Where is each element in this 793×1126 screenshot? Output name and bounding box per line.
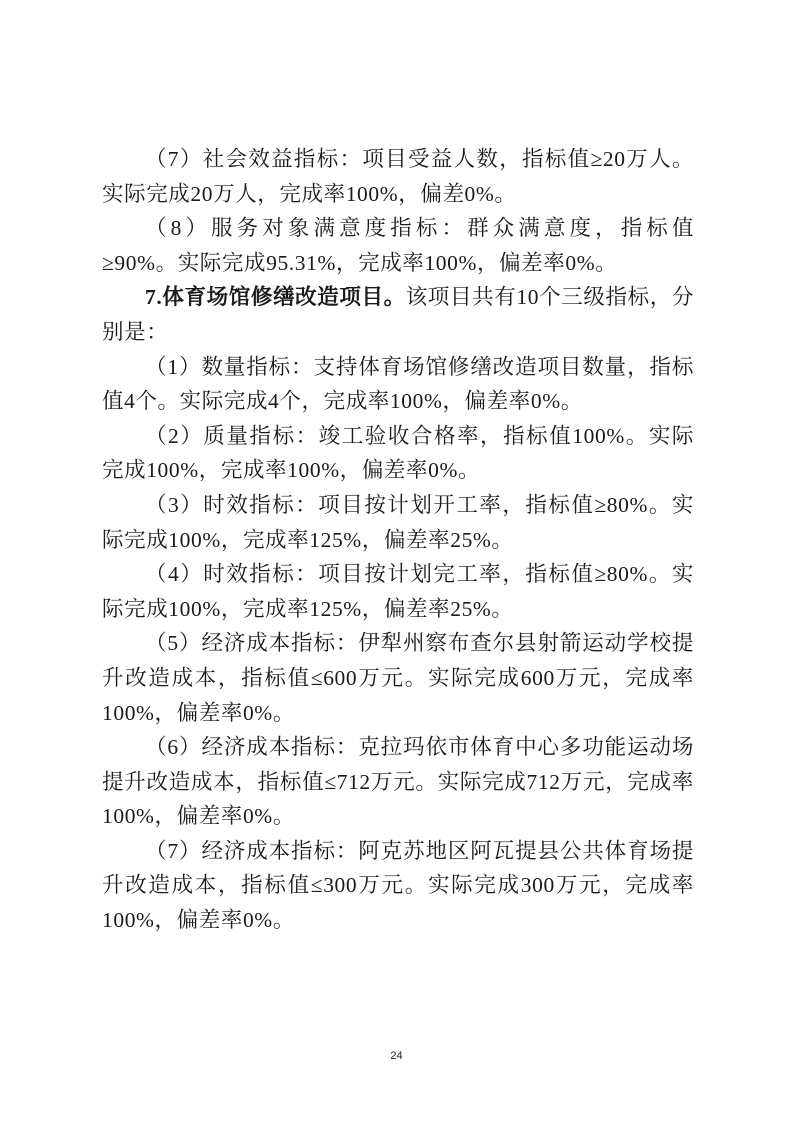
paragraph-text: （6）经济成本指标：克拉玛依市体育中心多功能运动场提升改造成本，指标值≤712万… — [102, 735, 694, 828]
section-heading: 7.体育场馆修缮改造项目。 — [145, 285, 406, 309]
paragraph-text: （7）社会效益指标：项目受益人数，指标值≥20万人。实际完成20万人，完成率10… — [102, 147, 694, 206]
paragraph-quality-indicator: （2）质量指标：竣工验收合格率，指标值100%。实际完成100%，完成率100%… — [102, 419, 694, 488]
paragraph-cost-awati: （7）经济成本指标：阿克苏地区阿瓦提县公共体育场提升改造成本，指标值≤300万元… — [102, 834, 694, 938]
page-number: 24 — [0, 1050, 793, 1062]
paragraph-text: （5）经济成本指标：伊犁州察布查尔县射箭运动学校提升改造成本，指标值≤600万元… — [102, 631, 694, 724]
paragraph-text: （8）服务对象满意度指标：群众满意度，指标值≥90%。实际完成95.31%，完成… — [102, 216, 694, 275]
paragraph-cost-chabuchaer: （5）经济成本指标：伊犁州察布查尔县射箭运动学校提升改造成本，指标值≤600万元… — [102, 626, 694, 730]
section-heading-paragraph: 7.体育场馆修缮改造项目。该项目共有10个三级指标，分别是： — [102, 280, 694, 349]
paragraph-timeliness-finish: （4）时效指标：项目按计划完工率，指标值≥80%。实际完成100%，完成率125… — [102, 557, 694, 626]
paragraph-cost-karamay: （6）经济成本指标：克拉玛依市体育中心多功能运动场提升改造成本，指标值≤712万… — [102, 730, 694, 834]
paragraph-social-benefit: （7）社会效益指标：项目受益人数，指标值≥20万人。实际完成20万人，完成率10… — [102, 142, 694, 211]
paragraph-text: （1）数量指标：支持体育场馆修缮改造项目数量，指标值4个。实际完成4个，完成率1… — [102, 355, 694, 414]
paragraph-timeliness-start: （3）时效指标：项目按计划开工率，指标值≥80%。实际完成100%，完成率125… — [102, 488, 694, 557]
paragraph-text: （3）时效指标：项目按计划开工率，指标值≥80%。实际完成100%，完成率125… — [102, 493, 694, 552]
paragraph-text: （7）经济成本指标：阿克苏地区阿瓦提县公共体育场提升改造成本，指标值≤300万元… — [102, 839, 694, 932]
paragraph-text: （4）时效指标：项目按计划完工率，指标值≥80%。实际完成100%，完成率125… — [102, 562, 694, 621]
paragraph-satisfaction: （8）服务对象满意度指标：群众满意度，指标值≥90%。实际完成95.31%，完成… — [102, 211, 694, 280]
paragraph-quantity-indicator: （1）数量指标：支持体育场馆修缮改造项目数量，指标值4个。实际完成4个，完成率1… — [102, 350, 694, 419]
document-body: （7）社会效益指标：项目受益人数，指标值≥20万人。实际完成20万人，完成率10… — [102, 142, 694, 938]
paragraph-text: （2）质量指标：竣工验收合格率，指标值100%。实际完成100%，完成率100%… — [102, 424, 694, 483]
